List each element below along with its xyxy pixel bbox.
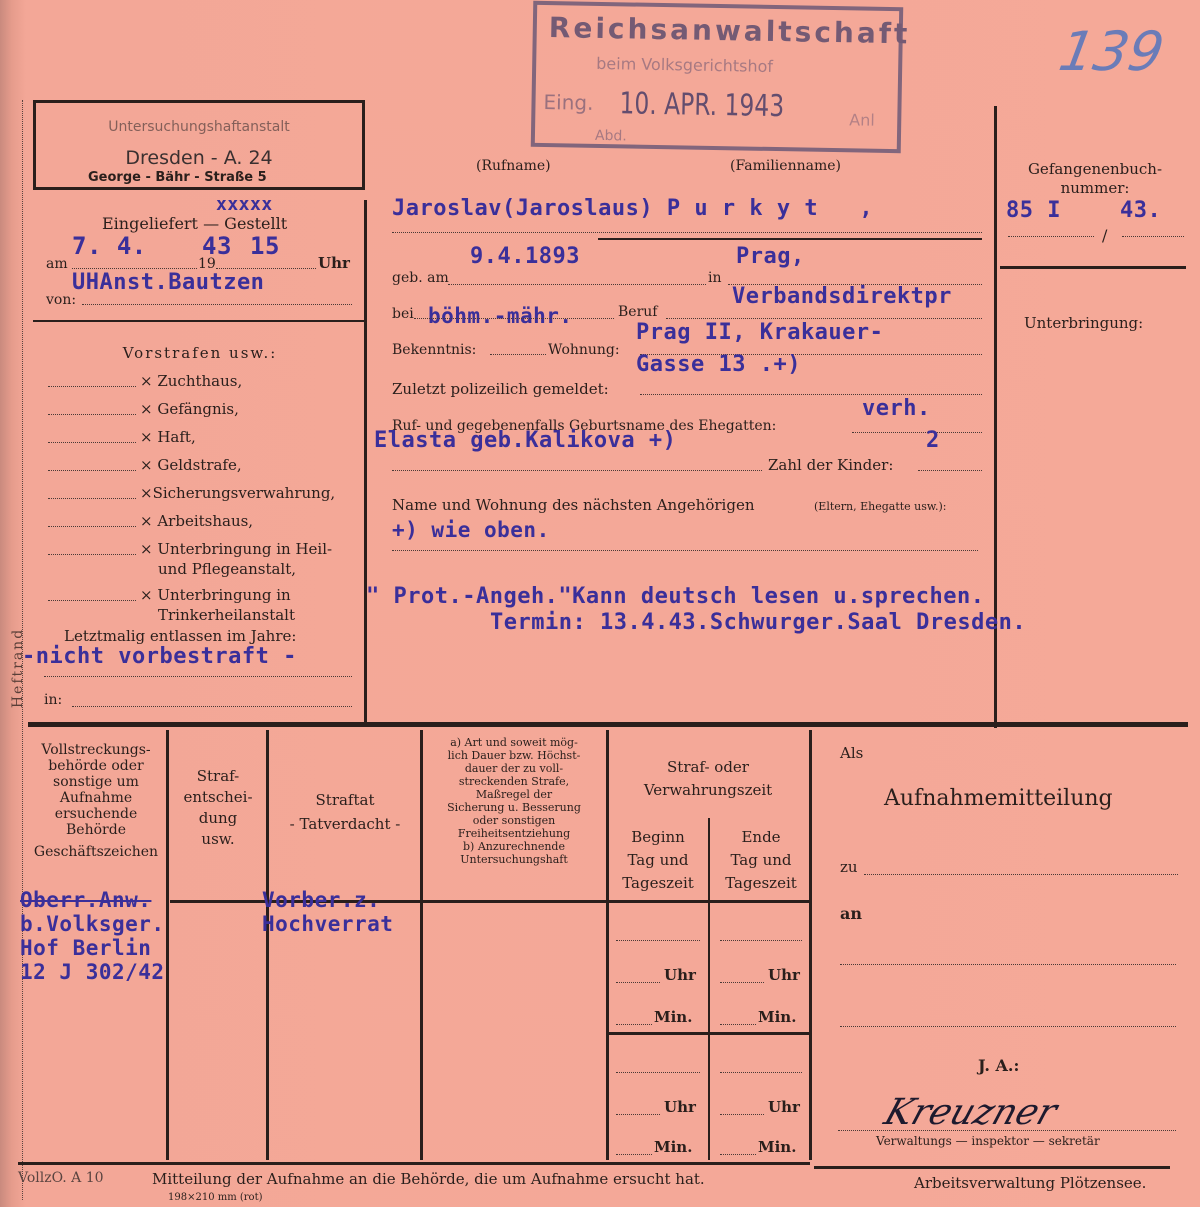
label-min: Min. <box>654 1138 692 1156</box>
label-occupation: Beruf <box>618 304 657 320</box>
prior-line <box>48 386 136 387</box>
header-duration: a) Art und soweit mög- lich Dauer bzw. H… <box>422 736 606 866</box>
header-line: Tag und <box>608 849 708 872</box>
label-next-of-kin: Name und Wohnung des nächsten Angehörige… <box>392 496 754 514</box>
line-last-registered <box>640 394 982 395</box>
value-book-right: 43. <box>1120 198 1161 223</box>
header-line: Beginn <box>608 826 708 849</box>
header-line: oder sonstigen <box>422 814 606 827</box>
header-line: Freiheitsentziehung <box>422 827 606 840</box>
cell-offence: Vorber.z. Hochverrat <box>262 888 393 936</box>
label-an: an <box>840 904 862 923</box>
divider <box>1000 266 1186 269</box>
value-book-left: 85 I <box>1006 198 1061 223</box>
line-year <box>216 268 316 269</box>
prior-line <box>48 554 136 555</box>
label-children: Zahl der Kinder: <box>768 456 893 474</box>
book-separator: / <box>1102 226 1107 245</box>
prior-item: × Arbeitshaus, <box>140 512 253 530</box>
divider <box>33 320 365 322</box>
col-divider <box>708 818 710 1160</box>
line-hour <box>616 1114 660 1115</box>
divider <box>814 1166 1170 1169</box>
line-book-right <box>1122 236 1184 237</box>
prior-item: × Unterbringung in Heil- <box>140 540 332 558</box>
prior-item: × Gefängnis, <box>140 400 239 418</box>
prior-item: × Zuchthaus, <box>140 372 242 390</box>
struck-marks: xxxxx <box>216 194 273 215</box>
header-line: Untersuchungshaft <box>422 853 606 866</box>
header-line: b) Anzurechnende <box>422 840 606 853</box>
stamp-prefix: Eing. <box>543 90 593 115</box>
header-line: streckenden Strafe, <box>422 775 606 788</box>
col-divider <box>809 730 812 1160</box>
line-book-left <box>1008 236 1094 237</box>
cell-line: Hof Berlin <box>20 936 165 960</box>
header-authority: Vollstreckungs- behörde oder sonstige um… <box>28 742 164 860</box>
stamp-suffix: Anl <box>849 110 875 129</box>
line-zu <box>864 874 1178 875</box>
label-ia: J. A.: <box>978 1056 1019 1075</box>
prior-item: und Pflegeanstalt, <box>158 560 296 578</box>
page-number-handwritten: 139 <box>1054 20 1168 83</box>
label-delivered: Eingeliefert — Gestellt <box>102 214 287 233</box>
row-divider <box>608 1032 810 1035</box>
line-min <box>720 1154 756 1155</box>
label-prisoner-book: Gefangenenbuch- nummer: <box>1000 160 1190 198</box>
label-prisoner-book-1: Gefangenenbuch- <box>1000 160 1190 179</box>
header-line: sonstige um <box>28 774 164 790</box>
signer-title: Verwaltungs — inspektor — sekretär <box>876 1134 1100 1148</box>
header-decision: Straf- entschei- dung usw. <box>170 766 266 850</box>
label-residence: Wohnung: <box>548 342 620 358</box>
header-line: Ende <box>712 826 810 849</box>
value-admission-hour: 15 <box>250 232 280 260</box>
header-line: Straftat <box>270 788 420 812</box>
header-line: Behörde <box>28 822 164 838</box>
label-am: am <box>46 256 68 272</box>
line-in <box>72 706 352 707</box>
value-marital: verh. <box>862 396 931 421</box>
notice-title: Aufnahmemitteilung <box>884 786 1113 811</box>
stamp-line1: Reichsanwaltschaft <box>549 11 911 50</box>
header-line: - Tatverdacht - <box>270 812 420 836</box>
line-occupation <box>666 318 982 319</box>
remark-line1: " Prot.-Angeh."Kann deutsch lesen u.spre… <box>366 584 985 609</box>
prior-line <box>48 526 136 527</box>
header-line: Maßregel der <box>422 788 606 801</box>
header-line: Straf- <box>170 766 266 787</box>
header-line: Geschäftszeichen <box>28 844 164 860</box>
line-next-of-kin <box>392 550 978 551</box>
label-min: Min. <box>654 1008 692 1026</box>
header-line: behörde oder <box>28 758 164 774</box>
institution-line1: Untersuchungshaftanstalt <box>36 119 362 135</box>
line-hour <box>720 1114 764 1115</box>
value-occupation: Verbandsdirektpr <box>732 284 952 309</box>
prior-title: Vorstrafen usw.: <box>60 344 340 362</box>
value-name: Jaroslav(Jaroslaus) P u r k y t , <box>392 196 873 221</box>
value-residence-1: Prag II, Krakauer- <box>636 320 883 345</box>
prior-item: × Geldstrafe, <box>140 456 242 474</box>
header-line: dauer der zu voll- <box>422 762 606 775</box>
header-offence: Straftat - Tatverdacht - <box>270 788 420 836</box>
line-last-released <box>44 676 352 677</box>
label-last-released: Letztmalig entlassen im Jahre: <box>64 627 296 645</box>
header-line: Aufnahme <box>28 790 164 806</box>
line-hour <box>720 982 764 983</box>
label-family-name: (Familienname) <box>730 158 841 174</box>
prior-line <box>48 442 136 443</box>
line-religion <box>490 354 546 355</box>
value-admission-date: 7. 4. <box>72 232 147 260</box>
header-line: Sicherung u. Besserung <box>422 801 606 814</box>
label-from: von: <box>46 292 76 308</box>
cell-line: 12 J 302/42 <box>20 960 165 984</box>
cell-line: Hochverrat <box>262 912 393 936</box>
remark-line2: Termin: 13.4.43.Schwurger.Saal Dresden. <box>490 610 1026 635</box>
prior-item: ×Sicherungsverwahrung, <box>140 484 335 502</box>
line-hour <box>616 982 660 983</box>
label-last-registered: Zuletzt polizeilich gemeldet: <box>392 380 609 398</box>
receipt-stamp: Reichsanwaltschaft beim Volksgerichtshof… <box>531 1 903 153</box>
line-an-1 <box>840 964 1176 965</box>
stamp-line2: beim Volksgerichtshof <box>596 54 773 76</box>
header-period: Straf- oder Verwahrungszeit <box>608 756 808 802</box>
value-next-of-kin: +) wie oben. <box>392 518 550 542</box>
cell-line: Oberr.Anw. <box>20 888 165 912</box>
divider <box>364 200 367 722</box>
line-date <box>616 940 700 941</box>
value-residence-2: Gasse 13 .+) <box>636 352 801 377</box>
label-uhr: Uhr <box>768 966 800 984</box>
form-sheet: Heftrand 139 Reichsanwaltschaft beim Vol… <box>0 0 1200 1207</box>
label-born: geb. am <box>392 270 449 286</box>
table-bottom <box>18 1162 810 1165</box>
label-prisoner-book-2: nummer: <box>1000 179 1190 198</box>
cell-authority: Oberr.Anw. b.Volksger. Hof Berlin 12 J 3… <box>20 888 165 984</box>
line-date <box>616 1072 700 1073</box>
stamp-date: 10. APR. 1943 <box>619 86 784 124</box>
header-begin: Beginn Tag und Tageszeit <box>608 826 708 895</box>
header-line: dung <box>170 808 266 829</box>
prior-line <box>48 600 136 601</box>
value-from: UHAnst.Bautzen <box>72 270 264 295</box>
header-line: Vollstreckungs- <box>28 742 164 758</box>
value-spouse: Elasta geb.Kalikova +) <box>374 428 676 453</box>
line-min <box>616 1154 652 1155</box>
header-line: Straf- oder <box>608 756 808 779</box>
prior-line <box>48 498 136 499</box>
label-placement: Unterbringung: <box>1024 314 1143 332</box>
header-line: entschei- <box>170 787 266 808</box>
line-am <box>72 268 197 269</box>
header-line: a) Art und soweit mög- <box>422 736 606 749</box>
value-bei: böhm.-mähr. <box>428 304 573 328</box>
label-first-name: (Rufname) <box>476 158 551 174</box>
value-born: 9.4.1893 <box>470 244 580 269</box>
prior-item: × Haft, <box>140 428 196 446</box>
line-date <box>720 940 802 941</box>
line-from <box>82 304 352 305</box>
label-min: Min. <box>758 1008 796 1026</box>
prior-item: × Unterbringung in <box>140 586 291 604</box>
cell-line: b.Volksger. <box>20 912 165 936</box>
line-born <box>448 284 706 285</box>
label-min: Min. <box>758 1138 796 1156</box>
header-line: lich Dauer bzw. Höchst- <box>422 749 606 762</box>
line-name <box>392 232 982 233</box>
header-line: Verwahrungszeit <box>608 779 808 802</box>
form-code: VollzO. A 10 <box>18 1170 104 1186</box>
label-in: in <box>708 270 722 286</box>
label-in: in: <box>44 692 62 708</box>
line-bei <box>414 318 614 319</box>
label-uhr: Uhr <box>664 1098 696 1116</box>
label-zu: zu <box>840 858 858 876</box>
divider <box>598 238 982 240</box>
prior-item: Trinkerheilanstalt <box>158 606 295 624</box>
value-birthplace: Prag, <box>736 244 805 269</box>
value-last-released: -nicht vorbestraft - <box>22 644 297 669</box>
line-date <box>720 1072 802 1073</box>
institution-line2: Dresden - A. 24 <box>36 147 362 169</box>
line-children <box>918 470 982 471</box>
label-uhr: Uhr <box>318 254 350 272</box>
label-als: Als <box>840 744 863 762</box>
paper-size: 198×210 mm (rot) <box>168 1192 263 1203</box>
stamp-line4: Abd. <box>595 128 627 145</box>
value-children: 2 <box>926 428 940 453</box>
prior-line <box>48 414 136 415</box>
section-divider <box>28 722 1188 727</box>
label-uhr: Uhr <box>768 1098 800 1116</box>
line-spouse <box>852 432 982 433</box>
header-line: Tag und <box>712 849 810 872</box>
col-divider <box>166 730 169 1160</box>
header-end: Ende Tag und Tageszeit <box>712 826 810 895</box>
issuer: Arbeitsverwaltung Plötzensee. <box>914 1174 1146 1192</box>
institution-street: George - Bähr - Straße 5 <box>88 170 267 185</box>
line-children-left <box>392 470 762 471</box>
signature: Kreuzner <box>879 1092 1062 1133</box>
label-uhr: Uhr <box>664 966 696 984</box>
cell-line: Vorber.z. <box>262 888 393 912</box>
label-bei: bei <box>392 306 414 322</box>
line-min <box>616 1024 652 1025</box>
line-an-2 <box>840 1026 1176 1027</box>
prior-line <box>48 470 136 471</box>
form-description: Mitteilung der Aufnahme an die Behörde, … <box>152 1170 705 1188</box>
line-signature <box>838 1130 1176 1131</box>
header-line: usw. <box>170 829 266 850</box>
header-line: Tageszeit <box>608 872 708 895</box>
label-religion: Bekenntnis: <box>392 342 476 358</box>
header-line: Tageszeit <box>712 872 810 895</box>
col-divider <box>266 730 269 1160</box>
header-line: ersuchende <box>28 806 164 822</box>
label-next-of-kin-hint: (Eltern, Ehegatte usw.): <box>814 500 947 513</box>
line-min <box>720 1024 756 1025</box>
